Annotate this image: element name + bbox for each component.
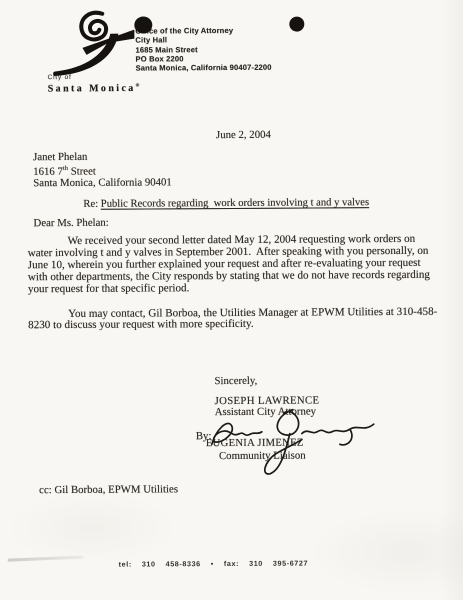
footer-separator-dot: • [211, 559, 214, 568]
brand-city-name: Santa Monica® [48, 83, 140, 94]
trademark-symbol: ® [136, 83, 140, 88]
re-subject: Public Records regarding work orders inv… [101, 197, 369, 210]
footer-fax-label: fax: [224, 559, 239, 568]
hole-punch-mark [289, 17, 304, 32]
scan-scratch-artifact [8, 556, 84, 562]
footer-tel-number: 458-8336 [166, 559, 201, 568]
wave-swoosh-icon [53, 34, 119, 76]
cc-line: cc: Gil Borboa, EPWM Utilities [39, 483, 178, 496]
footer-fax-number: 395-6727 [273, 559, 308, 568]
recipient-street-number: 1616 7 [33, 166, 63, 178]
recipient-street-name: Street [68, 166, 96, 178]
letter-date: June 2, 2004 [216, 129, 271, 141]
scan-tilt-wrapper: City of Santa Monica® Office of the City… [0, 0, 463, 600]
santa-monica-logo-icon [50, 8, 140, 81]
closing-sincerely: Sincerely, [214, 375, 257, 387]
re-line: Re: Public Records regarding work orders… [83, 197, 369, 210]
footer-tel-area: 310 [142, 559, 156, 568]
body-paragraph-1: We received your second letter dated May… [28, 234, 441, 296]
body-paragraph-2: You may contact, Gil Borboa, the Utiliti… [28, 306, 441, 332]
salutation: Dear Ms. Phelan: [33, 217, 108, 229]
hole-punch-mark [134, 16, 152, 33]
letterhead-address: Office of the City Attorney City Hall 16… [135, 26, 271, 73]
recipient-address: Janet Phelan 1616 7th Street Santa Monic… [33, 151, 172, 190]
handwritten-signature-icon [198, 403, 388, 482]
sun-spiral-icon [81, 13, 106, 40]
recipient-name: Janet Phelan [33, 151, 172, 163]
brand-city-name-text: Santa Monica [48, 82, 136, 94]
re-label: Re: [83, 199, 100, 210]
footer-fax-area: 310 [249, 559, 263, 568]
recipient-city: Santa Monica, California 90401 [33, 178, 172, 190]
letterhead-address-line: Santa Monica, California 90407-2200 [136, 63, 272, 73]
scanned-letter-page: City of Santa Monica® Office of the City… [0, 0, 463, 600]
footer-contact: tel: 310 458-8336 • fax: 310 395-6727 [119, 559, 309, 569]
footer-tel-label: tel: [119, 560, 132, 569]
brand-block: City of Santa Monica® [48, 75, 140, 94]
letter-body: We received your second letter dated May… [28, 234, 442, 333]
brand-city-of: City of [48, 75, 140, 82]
